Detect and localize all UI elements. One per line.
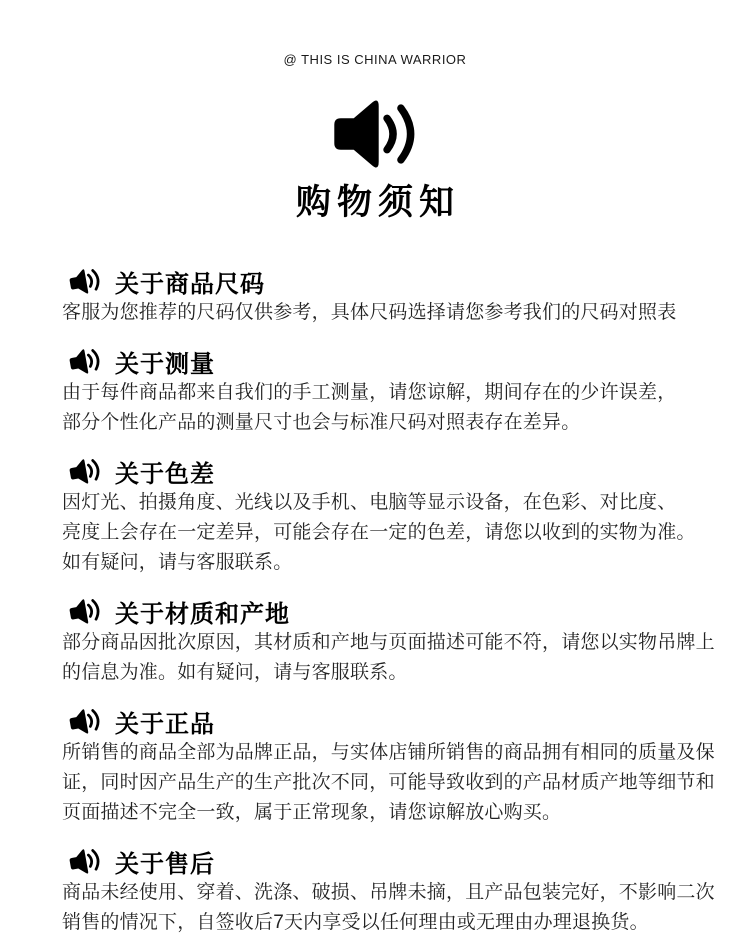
body-line: 商品未经使用、穿着、洗涤、破损、吊牌未摘，且产品包装完好，不影响二次 [62,878,688,908]
section-heading: 关于商品尺码 [62,264,688,298]
body-line: 页面描述不完全一致，属于正常现象，请您谅解放心购买。 [62,798,688,828]
section-heading: 关于色差 [62,454,688,488]
section-size: 关于商品尺码 客服为您推荐的尺码仅供参考，具体尺码选择请您参考我们的尺码对照表 [62,264,688,328]
section-authenticity: 关于正品 所销售的商品全部为品牌正品，与实体店铺所销售的商品拥有相同的质量及保 … [62,704,688,828]
section-measure: 关于测量 由于每件商品都来自我们的手工测量，请您谅解，期间存在的少许误差， 部分… [62,344,688,438]
section-heading: 关于正品 [62,704,688,738]
shopping-notice-page: @ THIS IS CHINA WARRIOR 购物须知 关于商品尺码 客服为您… [0,0,750,941]
speaker-icon [68,597,102,626]
section-title: 关于测量 [115,344,215,379]
body-line: 的信息为准。如有疑问，请与客服联系。 [62,658,688,688]
section-body: 商品未经使用、穿着、洗涤、破损、吊牌未摘，且产品包装完好，不影响二次 销售的情况… [62,878,688,938]
section-title: 关于材质和产地 [115,594,290,629]
speaker-icon [328,158,422,175]
speaker-icon [68,847,102,876]
section-body: 客服为您推荐的尺码仅供参考，具体尺码选择请您参考我们的尺码对照表 [62,298,688,328]
speaker-icon [68,457,102,486]
body-line: 所销售的商品全部为品牌正品，与实体店铺所销售的商品拥有相同的质量及保 [62,738,688,768]
body-line: 因灯光、拍摄角度、光线以及手机、电脑等显示设备，在色彩、对比度、 [62,488,688,518]
body-line: 部分个性化产品的测量尺寸也会与标准尺码对照表存在差异。 [62,408,688,438]
body-line: 部分商品因批次原因，其材质和产地与页面描述可能不符，请您以实物吊牌上 [62,628,688,658]
section-title: 关于色差 [115,454,215,489]
body-line: 如有疑问，请与客服联系。 [62,548,688,578]
section-after-sales: 关于售后 商品未经使用、穿着、洗涤、破损、吊牌未摘，且产品包装完好，不影响二次 … [62,844,688,938]
speaker-icon [68,267,102,296]
section-title: 关于商品尺码 [115,264,265,299]
brand-watermark: @ THIS IS CHINA WARRIOR [0,0,750,67]
section-heading: 关于测量 [62,344,688,378]
section-title: 关于正品 [115,704,215,739]
section-body: 所销售的商品全部为品牌正品，与实体店铺所销售的商品拥有相同的质量及保 证，同时因… [62,738,688,828]
page-title: 购物须知 [0,182,750,224]
title-banner: 购物须知 [0,97,750,224]
section-material-origin: 关于材质和产地 部分商品因批次原因，其材质和产地与页面描述可能不符，请您以实物吊… [62,594,688,688]
section-body: 因灯光、拍摄角度、光线以及手机、电脑等显示设备，在色彩、对比度、 亮度上会存在一… [62,488,688,578]
body-line: 由于每件商品都来自我们的手工测量，请您谅解，期间存在的少许误差， [62,378,688,408]
notice-sections: 关于商品尺码 客服为您推荐的尺码仅供参考，具体尺码选择请您参考我们的尺码对照表 … [0,264,750,938]
body-line: 销售的情况下，自签收后7天内享受以任何理由或无理由办理退换货。 [62,908,688,938]
body-line: 亮度上会存在一定差异，可能会存在一定的色差，请您以收到的实物为准。 [62,518,688,548]
section-body: 由于每件商品都来自我们的手工测量，请您谅解，期间存在的少许误差， 部分个性化产品… [62,378,688,438]
speaker-icon [68,347,102,376]
section-heading: 关于售后 [62,844,688,878]
section-color-difference: 关于色差 因灯光、拍摄角度、光线以及手机、电脑等显示设备，在色彩、对比度、 亮度… [62,454,688,578]
body-line: 证，同时因产品生产的生产批次不同，可能导致收到的产品材质产地等细节和 [62,768,688,798]
speaker-icon [68,707,102,736]
section-title: 关于售后 [115,844,215,879]
body-line: 客服为您推荐的尺码仅供参考，具体尺码选择请您参考我们的尺码对照表 [62,298,688,328]
section-heading: 关于材质和产地 [62,594,688,628]
section-body: 部分商品因批次原因，其材质和产地与页面描述可能不符，请您以实物吊牌上 的信息为准… [62,628,688,688]
